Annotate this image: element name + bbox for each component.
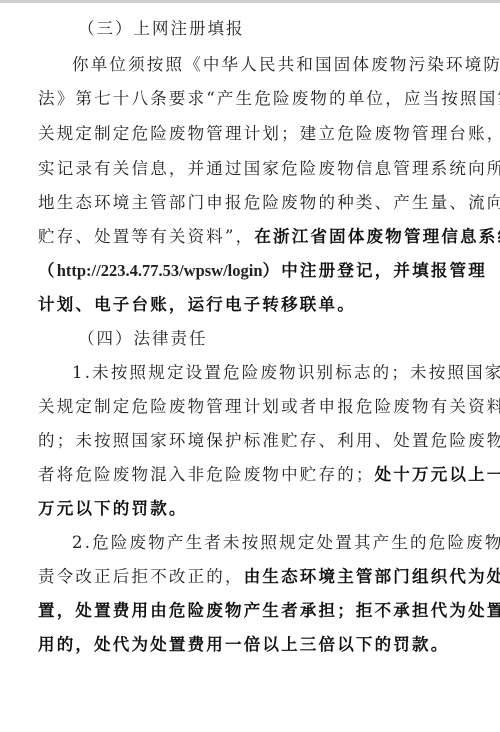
paragraph-line: 者将危险废物混入非危险废物中贮存的；处十万元以上一百 <box>38 465 478 485</box>
paragraph-line: 计划、电子台账，运行电子转移联单。 <box>38 295 356 315</box>
top-border <box>0 0 500 3</box>
paragraph-line: 贮存、处置等有关资料”，在浙江省固体废物管理信息系统 <box>38 227 478 247</box>
system-url-link: http://223.4.77.53/wpsw/login <box>57 261 263 280</box>
paragraph-line: 关规定制定危险废物管理计划或者申报危险废物有关资料 <box>38 397 478 417</box>
paragraph-line: 实记录有关信息，并通过国家危险废物信息管理系统向所在 <box>38 159 478 179</box>
paragraph-line: 责令改正后拒不改正的，由生态环境主管部门组织代为处 <box>38 567 478 587</box>
paragraph-line: 关规定制定危险废物管理计划；建立危险废物管理台账，如 <box>38 124 478 144</box>
paragraph-line: 你单位须按照《中华人民共和国固体废物污染环境防治 <box>72 55 478 75</box>
section-3-heading: （三）上网注册填报 <box>78 19 245 39</box>
paragraph-line: 的；未按照国家环境保护标准贮存、利用、处置危险废物或 <box>38 431 478 451</box>
paragraph-line: （http://223.4.77.53/wpsw/login）中注册登记，并填报… <box>38 261 478 281</box>
paragraph-line: 万元以下的罚款。 <box>38 499 188 519</box>
section-4-heading: （四）法律责任 <box>78 329 208 349</box>
paragraph-line: 地生态环境主管部门申报危险废物的种类、产生量、流向、 <box>38 193 478 213</box>
paragraph-line: 用的，处代为处置费用一倍以上三倍以下的罚款。 <box>38 635 449 655</box>
paragraph-line: 1.未按照规定设置危险废物识别标志的；未按照国家有 <box>72 363 478 383</box>
paragraph-line: 2.危险废物产生者未按照规定处置其产生的危险废物被 <box>72 533 478 553</box>
paragraph-line: 法》第七十八条要求“产生危险废物的单位，应当按照国家有 <box>38 89 478 109</box>
paragraph-line: 置，处置费用由危险废物产生者承担；拒不承担代为处置费 <box>38 601 478 621</box>
bold-text: 在浙江省固体废物管理信息系统 <box>254 227 500 246</box>
